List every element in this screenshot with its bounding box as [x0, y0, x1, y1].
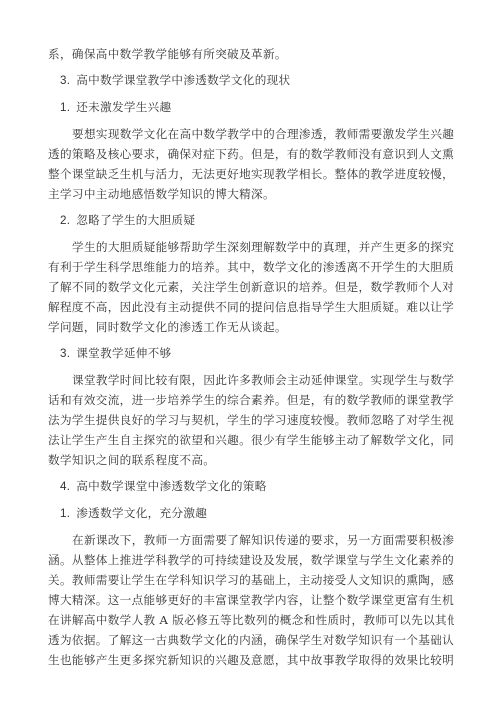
subsection-number: 1.: [60, 507, 70, 520]
paragraph-line: 有利于学生科学思维能力的培养。其中，数学文化的渗透离不开学生的大胆质疑。教师需要: [48, 257, 454, 277]
paragraph-line: 在新课改下，教师一方面需要了解知识传递的要求，另一方面需要积极渗透数学文化内: [48, 530, 454, 550]
paragraph-line: 生也能够产生更多探究新知识的兴趣及意愿，其中故事教学取得的效果比较明显。教师可以: [48, 650, 454, 670]
subsection-heading: 1.还未激发学生兴趣: [60, 97, 454, 118]
subsection-title: 渗透数学文化，充分激趣: [76, 506, 207, 520]
paragraph-line: 主学习中主动地感悟数学知识的博大精深。: [48, 184, 454, 204]
paragraph-line: 关。教师需要让学生在学科知识学习的基础上，主动接受人文知识的熏陶，感悟数学学习的: [48, 570, 454, 590]
subsection-title: 还未激发学生兴趣: [76, 100, 171, 114]
subsection-heading: 1.渗透数学文化，充分激趣: [60, 503, 454, 524]
paragraph: 要想实现数学文化在高中数学教学中的合理渗透，教师需要激发学生兴趣，掌握文化渗 透…: [48, 124, 454, 204]
section-number: 3.: [60, 74, 70, 87]
document-page: 系，确保高中数学教学能够有所突破及革新。 3.高中数学课堂教学中渗透数学文化的现…: [48, 44, 454, 670]
paragraph-line: 学生的大胆质疑能够帮助学生深刻理解数学中的真理，并产生更多的探究欲望，这一点: [48, 237, 454, 257]
paragraph-line: 透为依据。了解这一古典数学文化的内涵，确保学生对数学知识有一个基础认知。另外，学: [48, 630, 454, 650]
paragraph: 课堂教学时间比较有限，因此许多教师会主动延伸课堂。实现学生与数学知识的准确对 话…: [48, 370, 454, 470]
subsection-number: 1.: [60, 101, 70, 114]
section-title: 高中数学课堂教学中渗透数学文化的现状: [76, 73, 290, 87]
section-heading-4: 4.高中数学课堂中渗透数学文化的策略: [60, 476, 454, 497]
subsection-title: 课堂教学延伸不够: [76, 346, 171, 360]
paragraph-line: 整个课堂缺乏生机与活力，无法更好地实现教学相长。整体的教学进度较慢，学生无法在自: [48, 164, 454, 184]
lead-line: 系，确保高中数学教学能够有所突破及革新。: [48, 44, 454, 64]
paragraph-line: 数学知识之间的联系程度不高。: [48, 450, 454, 470]
paragraph-line: 要想实现数学文化在高中数学教学中的合理渗透，教师需要激发学生兴趣，掌握文化渗: [48, 124, 454, 144]
section-title: 高中数学课堂中渗透数学文化的策略: [76, 479, 266, 493]
section-number: 4.: [60, 480, 70, 493]
paragraph: 学生的大胆质疑能够帮助学生深刻理解数学中的真理，并产生更多的探究欲望，这一点 有…: [48, 237, 454, 337]
paragraph-line: 法让学生产生自主探究的欲望和兴趣。很少有学生能够主动了解数学文化，同时数学文化与: [48, 430, 454, 450]
subsection-heading: 2.忽略了学生的大胆质疑: [60, 210, 454, 231]
paragraph-line: 在讲解高中数学人教 A 版必修五等比数列的概念和性质时，教师可以先以其他文化的有…: [48, 610, 454, 630]
paragraph-line: 透的策略及核心要求，确保对症下药。但是，有的数学教师没有意识到人文熏陶的重要性，: [48, 144, 454, 164]
subsection-heading: 3.课堂教学延伸不够: [60, 343, 454, 364]
subsection-number: 2.: [60, 214, 70, 227]
subsection-title: 忽略了学生的大胆质疑: [76, 213, 195, 227]
paragraph-line: 话和有效交流，进一步培养学生的综合素养。但是，有的数学教师的课堂教学延伸不够，无: [48, 390, 454, 410]
paragraph: 在新课改下，教师一方面需要了解知识传递的要求，另一方面需要积极渗透数学文化内 涵…: [48, 530, 454, 670]
paragraph-line: 法为学生提供良好的学习与契机，学生的学习速度较慢。教师忽略了对学生视野的开拓，无: [48, 410, 454, 430]
paragraph-line: 涵。从整体上推进学科教学的可持续建设及发展，数学课堂与学生文化素养的丰富密切相: [48, 550, 454, 570]
paragraph-line: 博大精深。这一点能够更好的丰富课堂教学内容，让整个数学课堂更富有生机与活力。比如: [48, 590, 454, 610]
paragraph-line: 课堂教学时间比较有限，因此许多教师会主动延伸课堂。实现学生与数学知识的准确对: [48, 370, 454, 390]
section-heading-3: 3.高中数学课堂教学中渗透数学文化的现状: [60, 70, 454, 91]
paragraph-line: 解程度不高，因此没有主动提供不同的提问信息指导学生大胆质疑。难以让学生主动分析数: [48, 297, 454, 317]
paragraph-line: 学问题，同时数学文化的渗透工作无从谈起。: [48, 317, 454, 337]
paragraph-line: 了解不同的数学文化元素，关注学生创新意识的培养。但是，数学教师个人对数学文化的理: [48, 277, 454, 297]
subsection-number: 3.: [60, 347, 70, 360]
